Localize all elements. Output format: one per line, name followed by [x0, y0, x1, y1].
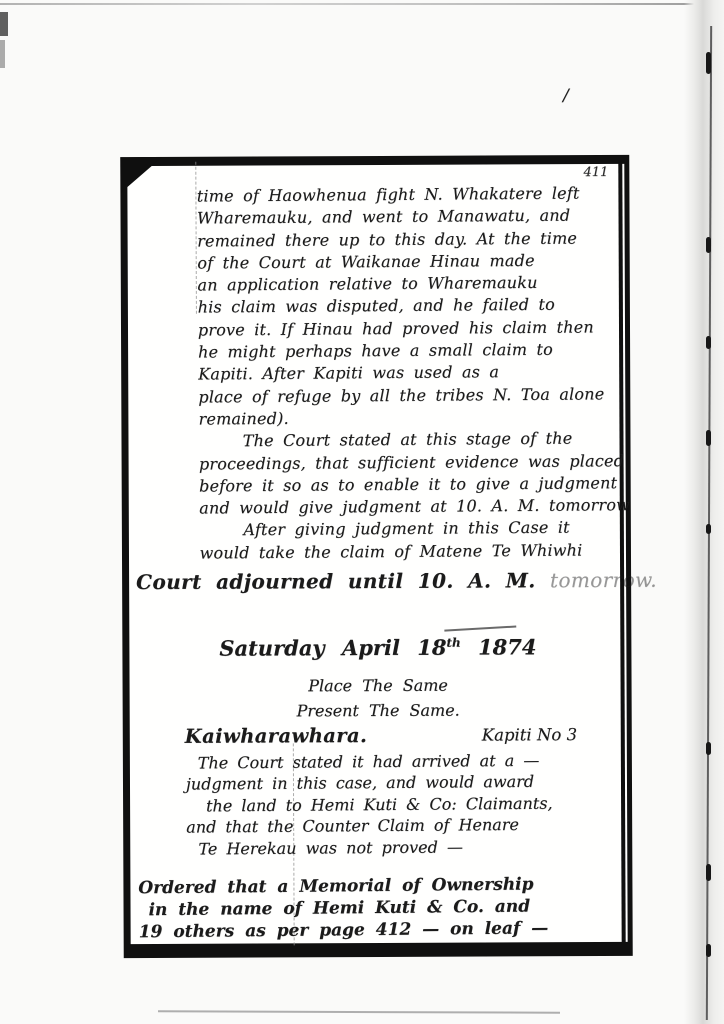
manuscript-line: the land to Hemi Kuti & Co: Claimants, [186, 792, 616, 817]
binding-stitch-mark [706, 430, 711, 446]
manuscript-page-body: 411 time of Haowhenua fight N. Whakatere… [127, 164, 627, 944]
page-number: 411 [583, 165, 608, 180]
manuscript-line: remained there up to this day. At the ti… [197, 227, 632, 253]
adjournment-line: Court adjourned until 10. A. M. tomorrow… [136, 568, 657, 594]
binding-stitch-mark [706, 864, 711, 881]
binding-stitch-mark [706, 237, 711, 253]
manuscript-frame: 411 time of Haowhenua fight N. Whakatere… [120, 155, 632, 958]
frame-corner-blob [120, 157, 162, 193]
date-year: 1874 [478, 634, 537, 659]
binding-stitch-mark [706, 336, 711, 349]
manuscript-line: would take the claim of Matene Te Whiwhi [200, 539, 635, 565]
adjournment-faint-text: tomorrow. [550, 568, 657, 592]
manuscript-line: After giving judgment in this Case it [199, 517, 634, 543]
scanned-manuscript-page: / 411 time of Haowhenua fight N. Whakate… [0, 0, 724, 1024]
present-line: Present The Same. [130, 700, 627, 721]
binding-stitch-mark [706, 524, 711, 534]
date-day-part: Saturday April 18 [219, 635, 446, 661]
case-title: Kaiwharawhara. [185, 724, 368, 748]
manuscript-line: 19 others as per page 412 — on leaf — [139, 917, 619, 944]
scan-left-edge-mark [0, 12, 8, 36]
manuscript-line: The Court stated at this stage of the [199, 427, 634, 453]
binding-stitch-mark [706, 944, 711, 957]
manuscript-entry: time of Haowhenua fight N. Whakatere lef… [197, 182, 635, 564]
order-paragraph: Ordered that a Memorial of Ownership in … [138, 873, 619, 944]
date-ordinal: th [446, 636, 460, 650]
book-gutter [684, 0, 724, 1024]
binding-stitch-mark [706, 52, 711, 74]
manuscript-line: prove it. If Hinau had proved his claim … [198, 316, 633, 342]
place-line: Place The Same [130, 675, 627, 696]
stray-pen-mark: / [563, 86, 569, 106]
manuscript-line: place of refuge by all the tribes N. Toa… [198, 383, 633, 409]
adjournment-text: Court adjourned until 10. A. M. [136, 568, 536, 594]
case-header: Kaiwharawhara. Kapiti No 3 [130, 723, 627, 725]
manuscript-line: proceedings, that sufficient evidence wa… [199, 450, 634, 476]
scan-top-edge-line [0, 3, 724, 5]
scan-left-edge-mark [0, 40, 5, 68]
ordinal-flourish-stroke [444, 626, 516, 632]
scan-bottom-edge-line [158, 1010, 560, 1013]
binding-stitch-mark [706, 742, 711, 755]
manuscript-line: Te Herekau was not proved — [186, 835, 616, 860]
case-reference: Kapiti No 3 [482, 725, 577, 744]
date-heading: Saturday April 18th 1874 [129, 634, 626, 661]
judgment-paragraph: The Court stated it had arrived at a — j… [186, 749, 617, 859]
manuscript-line: Wharemauku, and went to Manawatu, and [197, 204, 632, 230]
